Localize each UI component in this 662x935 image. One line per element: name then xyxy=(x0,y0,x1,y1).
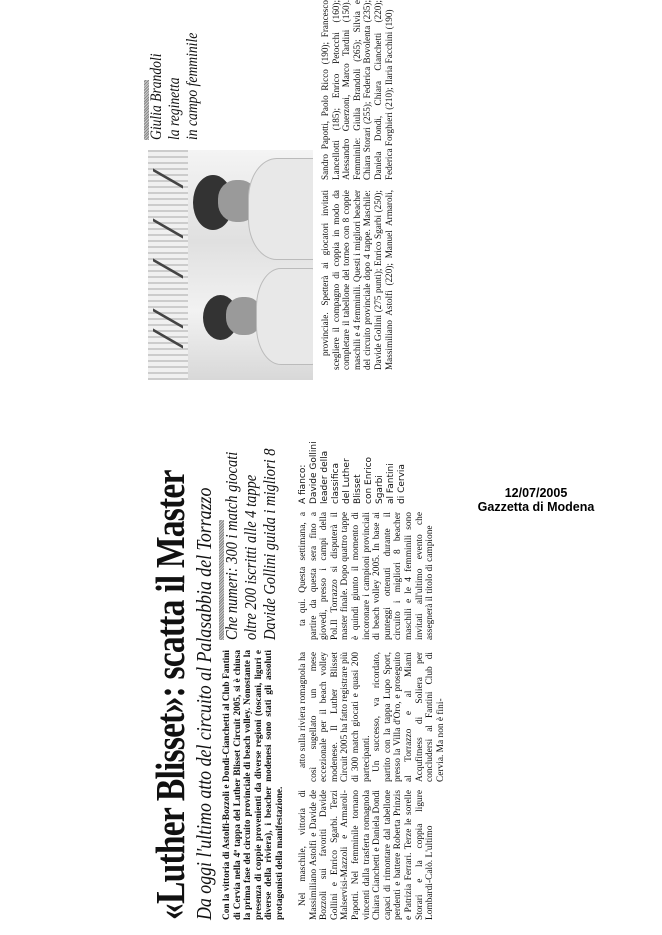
headline: «Luther Blisset»: scatta il Master xyxy=(148,461,192,920)
publication-date: 12/07/2005 xyxy=(470,486,602,500)
paragraph: Un successo, va ricordato, partito con l… xyxy=(372,652,446,782)
paragraph: Nel maschile, vittoria di Massimiliano A… xyxy=(298,790,436,920)
photo-players xyxy=(148,150,313,380)
column-1: Nel maschile, vittoria di Massimiliano A… xyxy=(298,790,436,920)
subheadline: Da oggi l'ultimo atto del circuito al Pa… xyxy=(192,444,216,920)
side-headline: Giulia Brandoli la reginetta in campo fe… xyxy=(148,21,202,140)
pull-quote-line: Che numeri: 300 i match giocati xyxy=(222,419,241,640)
pull-quote-line: Davide Gollini guida i migliori 8 xyxy=(260,419,279,640)
photo-caption: A fianco: Davide Gollini leader della cl… xyxy=(298,394,408,504)
column-3: ta qui. Questa settimana, a partire da q… xyxy=(298,512,436,640)
pull-quote-line: oltre 200 iscritti alle 4 tappe xyxy=(241,419,260,640)
column-4: provinciale. Spetterà ai giocatori invit… xyxy=(320,0,394,370)
pull-quote: Che numeri: 300 i match giocati oltre 20… xyxy=(222,419,279,640)
source-caption: 12/07/2005 Gazzetta di Modena xyxy=(470,486,602,514)
column-2: atto sulla riviera romagnola ha così sug… xyxy=(298,652,446,782)
lead-paragraph: Con la vittoria di Astolfi-Bozzoli e Don… xyxy=(222,650,286,920)
newspaper-clipping: «Luther Blisset»: scatta il Master Da og… xyxy=(140,0,460,930)
paragraph: provinciale. Spetterà ai giocatori invit… xyxy=(320,0,394,370)
publication-name: Gazzetta di Modena xyxy=(470,500,602,514)
paragraph: atto sulla riviera romagnola ha così sug… xyxy=(298,652,372,782)
paragraph: ta qui. Questa settimana, a partire da q… xyxy=(298,512,436,640)
